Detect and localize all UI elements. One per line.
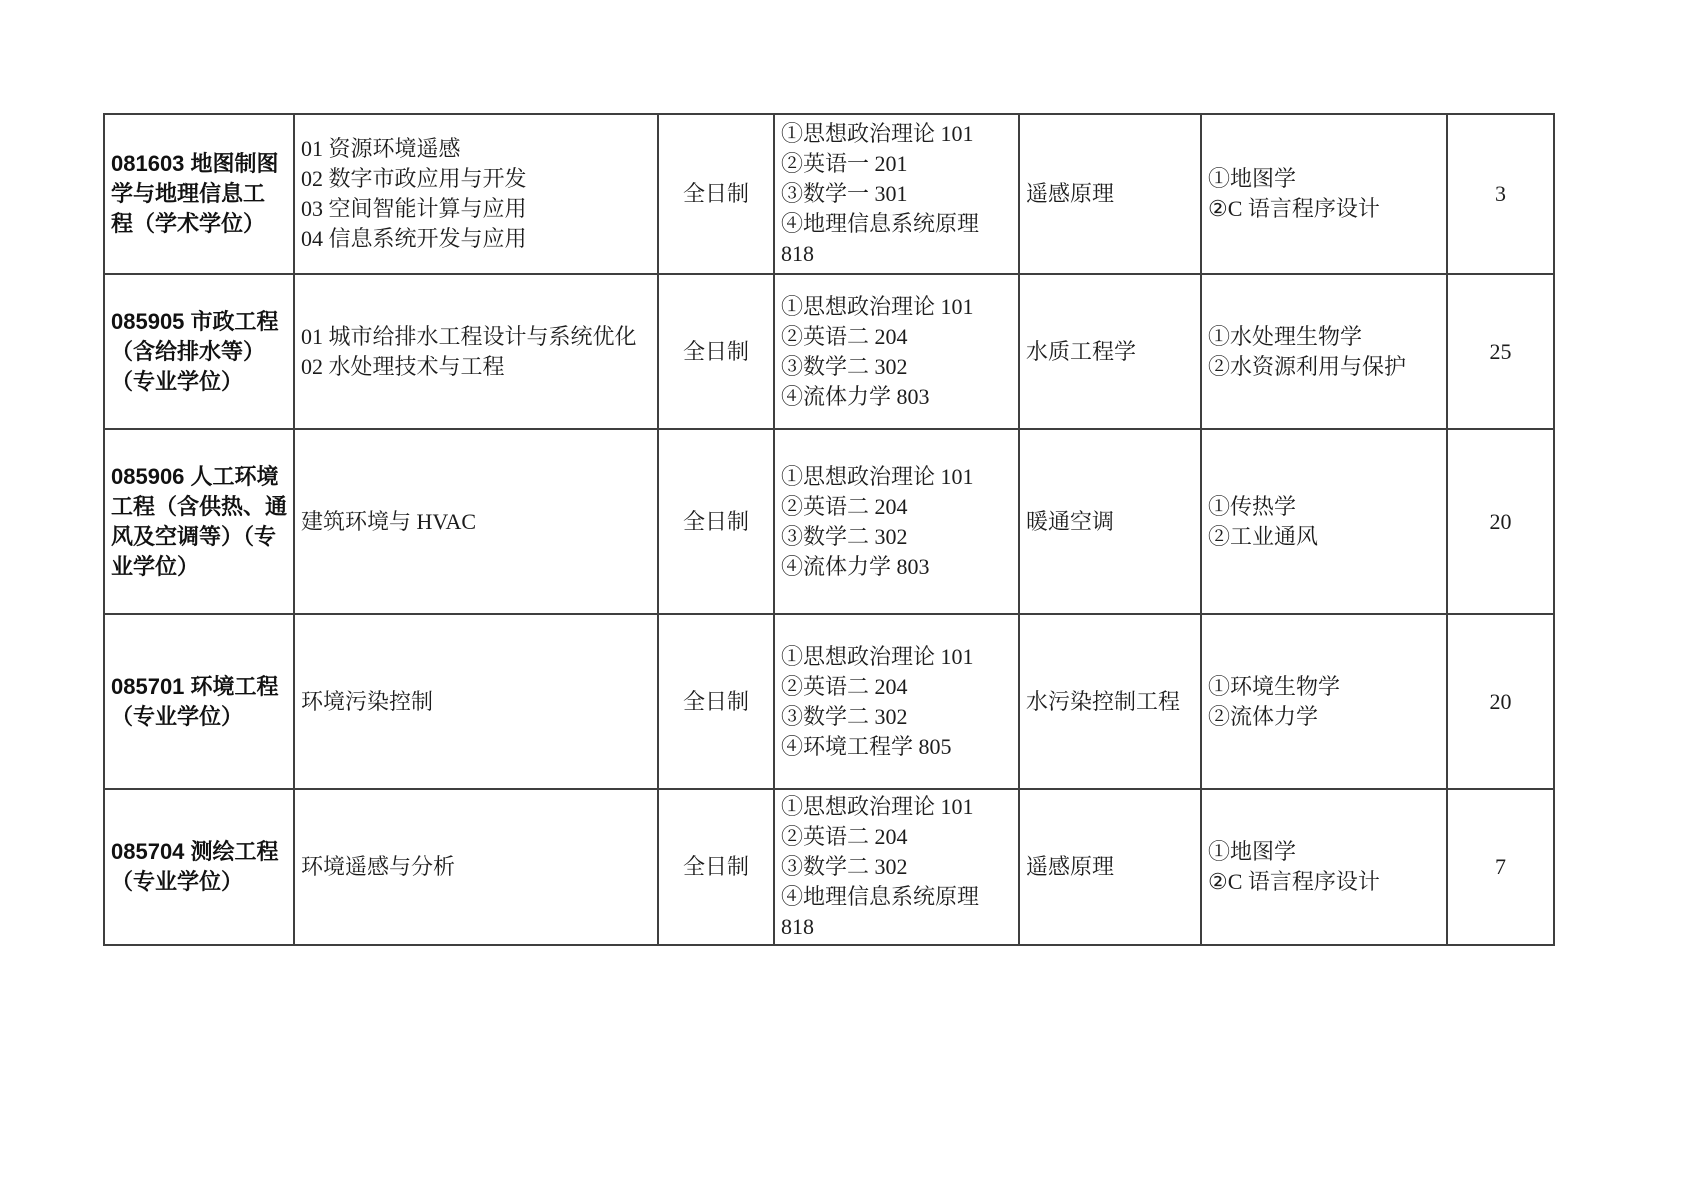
study-mode-cell: 全日制	[658, 114, 774, 274]
table-row: 085905 市政工程 （含给排水等） （专业学位） 01 城市给排水工程设计与…	[104, 274, 1554, 429]
additional-subjects-cell: ①地图学 ②C 语言程序设计	[1201, 789, 1447, 945]
program-cell: 085906 人工环境 工程（含供热、通 风及空调等）（专 业学位）	[104, 429, 294, 614]
study-mode-cell: 全日制	[658, 789, 774, 945]
table-row: 085704 测绘工程 （专业学位） 环境遥感与分析 全日制 ①思想政治理论 1…	[104, 789, 1554, 945]
additional-subjects-cell: ①环境生物学 ②流体力学	[1201, 614, 1447, 789]
study-mode-cell: 全日制	[658, 614, 774, 789]
quota-cell: 3	[1447, 114, 1554, 274]
program-cell: 085704 测绘工程 （专业学位）	[104, 789, 294, 945]
additional-subjects-cell: ①地图学 ②C 语言程序设计	[1201, 114, 1447, 274]
additional-subjects-cell: ①传热学 ②工业通风	[1201, 429, 1447, 614]
research-directions-cell: 环境遥感与分析	[294, 789, 658, 945]
program-cell: 085905 市政工程 （含给排水等） （专业学位）	[104, 274, 294, 429]
research-directions-cell: 01 城市给排水工程设计与系统优化 02 水处理技术与工程	[294, 274, 658, 429]
quota-cell: 25	[1447, 274, 1554, 429]
additional-subjects-cell: ①水处理生物学 ②水资源利用与保护	[1201, 274, 1447, 429]
table-row: 081603 地图制图 学与地理信息工 程（学术学位） 01 资源环境遥感 02…	[104, 114, 1554, 274]
study-mode-cell: 全日制	[658, 274, 774, 429]
admissions-table: 081603 地图制图 学与地理信息工 程（学术学位） 01 资源环境遥感 02…	[103, 113, 1555, 946]
retest-subject-cell: 遥感原理	[1019, 114, 1201, 274]
retest-subject-cell: 水污染控制工程	[1019, 614, 1201, 789]
study-mode-cell: 全日制	[658, 429, 774, 614]
research-directions-cell: 01 资源环境遥感 02 数字市政应用与开发 03 空间智能计算与应用 04 信…	[294, 114, 658, 274]
quota-cell: 20	[1447, 614, 1554, 789]
quota-cell: 20	[1447, 429, 1554, 614]
program-cell: 081603 地图制图 学与地理信息工 程（学术学位）	[104, 114, 294, 274]
program-cell: 085701 环境工程 （专业学位）	[104, 614, 294, 789]
research-directions-cell: 环境污染控制	[294, 614, 658, 789]
exam-subjects-cell: ①思想政治理论 101 ②英语二 204 ③数学二 302 ④地理信息系统原理 …	[774, 789, 1019, 945]
exam-subjects-cell: ①思想政治理论 101 ②英语二 204 ③数学二 302 ④流体力学 803	[774, 274, 1019, 429]
research-directions-cell: 建筑环境与 HVAC	[294, 429, 658, 614]
retest-subject-cell: 暖通空调	[1019, 429, 1201, 614]
exam-subjects-cell: ①思想政治理论 101 ②英语二 204 ③数学二 302 ④环境工程学 805	[774, 614, 1019, 789]
quota-cell: 7	[1447, 789, 1554, 945]
exam-subjects-cell: ①思想政治理论 101 ②英语一 201 ③数学一 301 ④地理信息系统原理 …	[774, 114, 1019, 274]
table-row: 085701 环境工程 （专业学位） 环境污染控制 全日制 ①思想政治理论 10…	[104, 614, 1554, 789]
table-row: 085906 人工环境 工程（含供热、通 风及空调等）（专 业学位） 建筑环境与…	[104, 429, 1554, 614]
exam-subjects-cell: ①思想政治理论 101 ②英语二 204 ③数学二 302 ④流体力学 803	[774, 429, 1019, 614]
retest-subject-cell: 遥感原理	[1019, 789, 1201, 945]
retest-subject-cell: 水质工程学	[1019, 274, 1201, 429]
